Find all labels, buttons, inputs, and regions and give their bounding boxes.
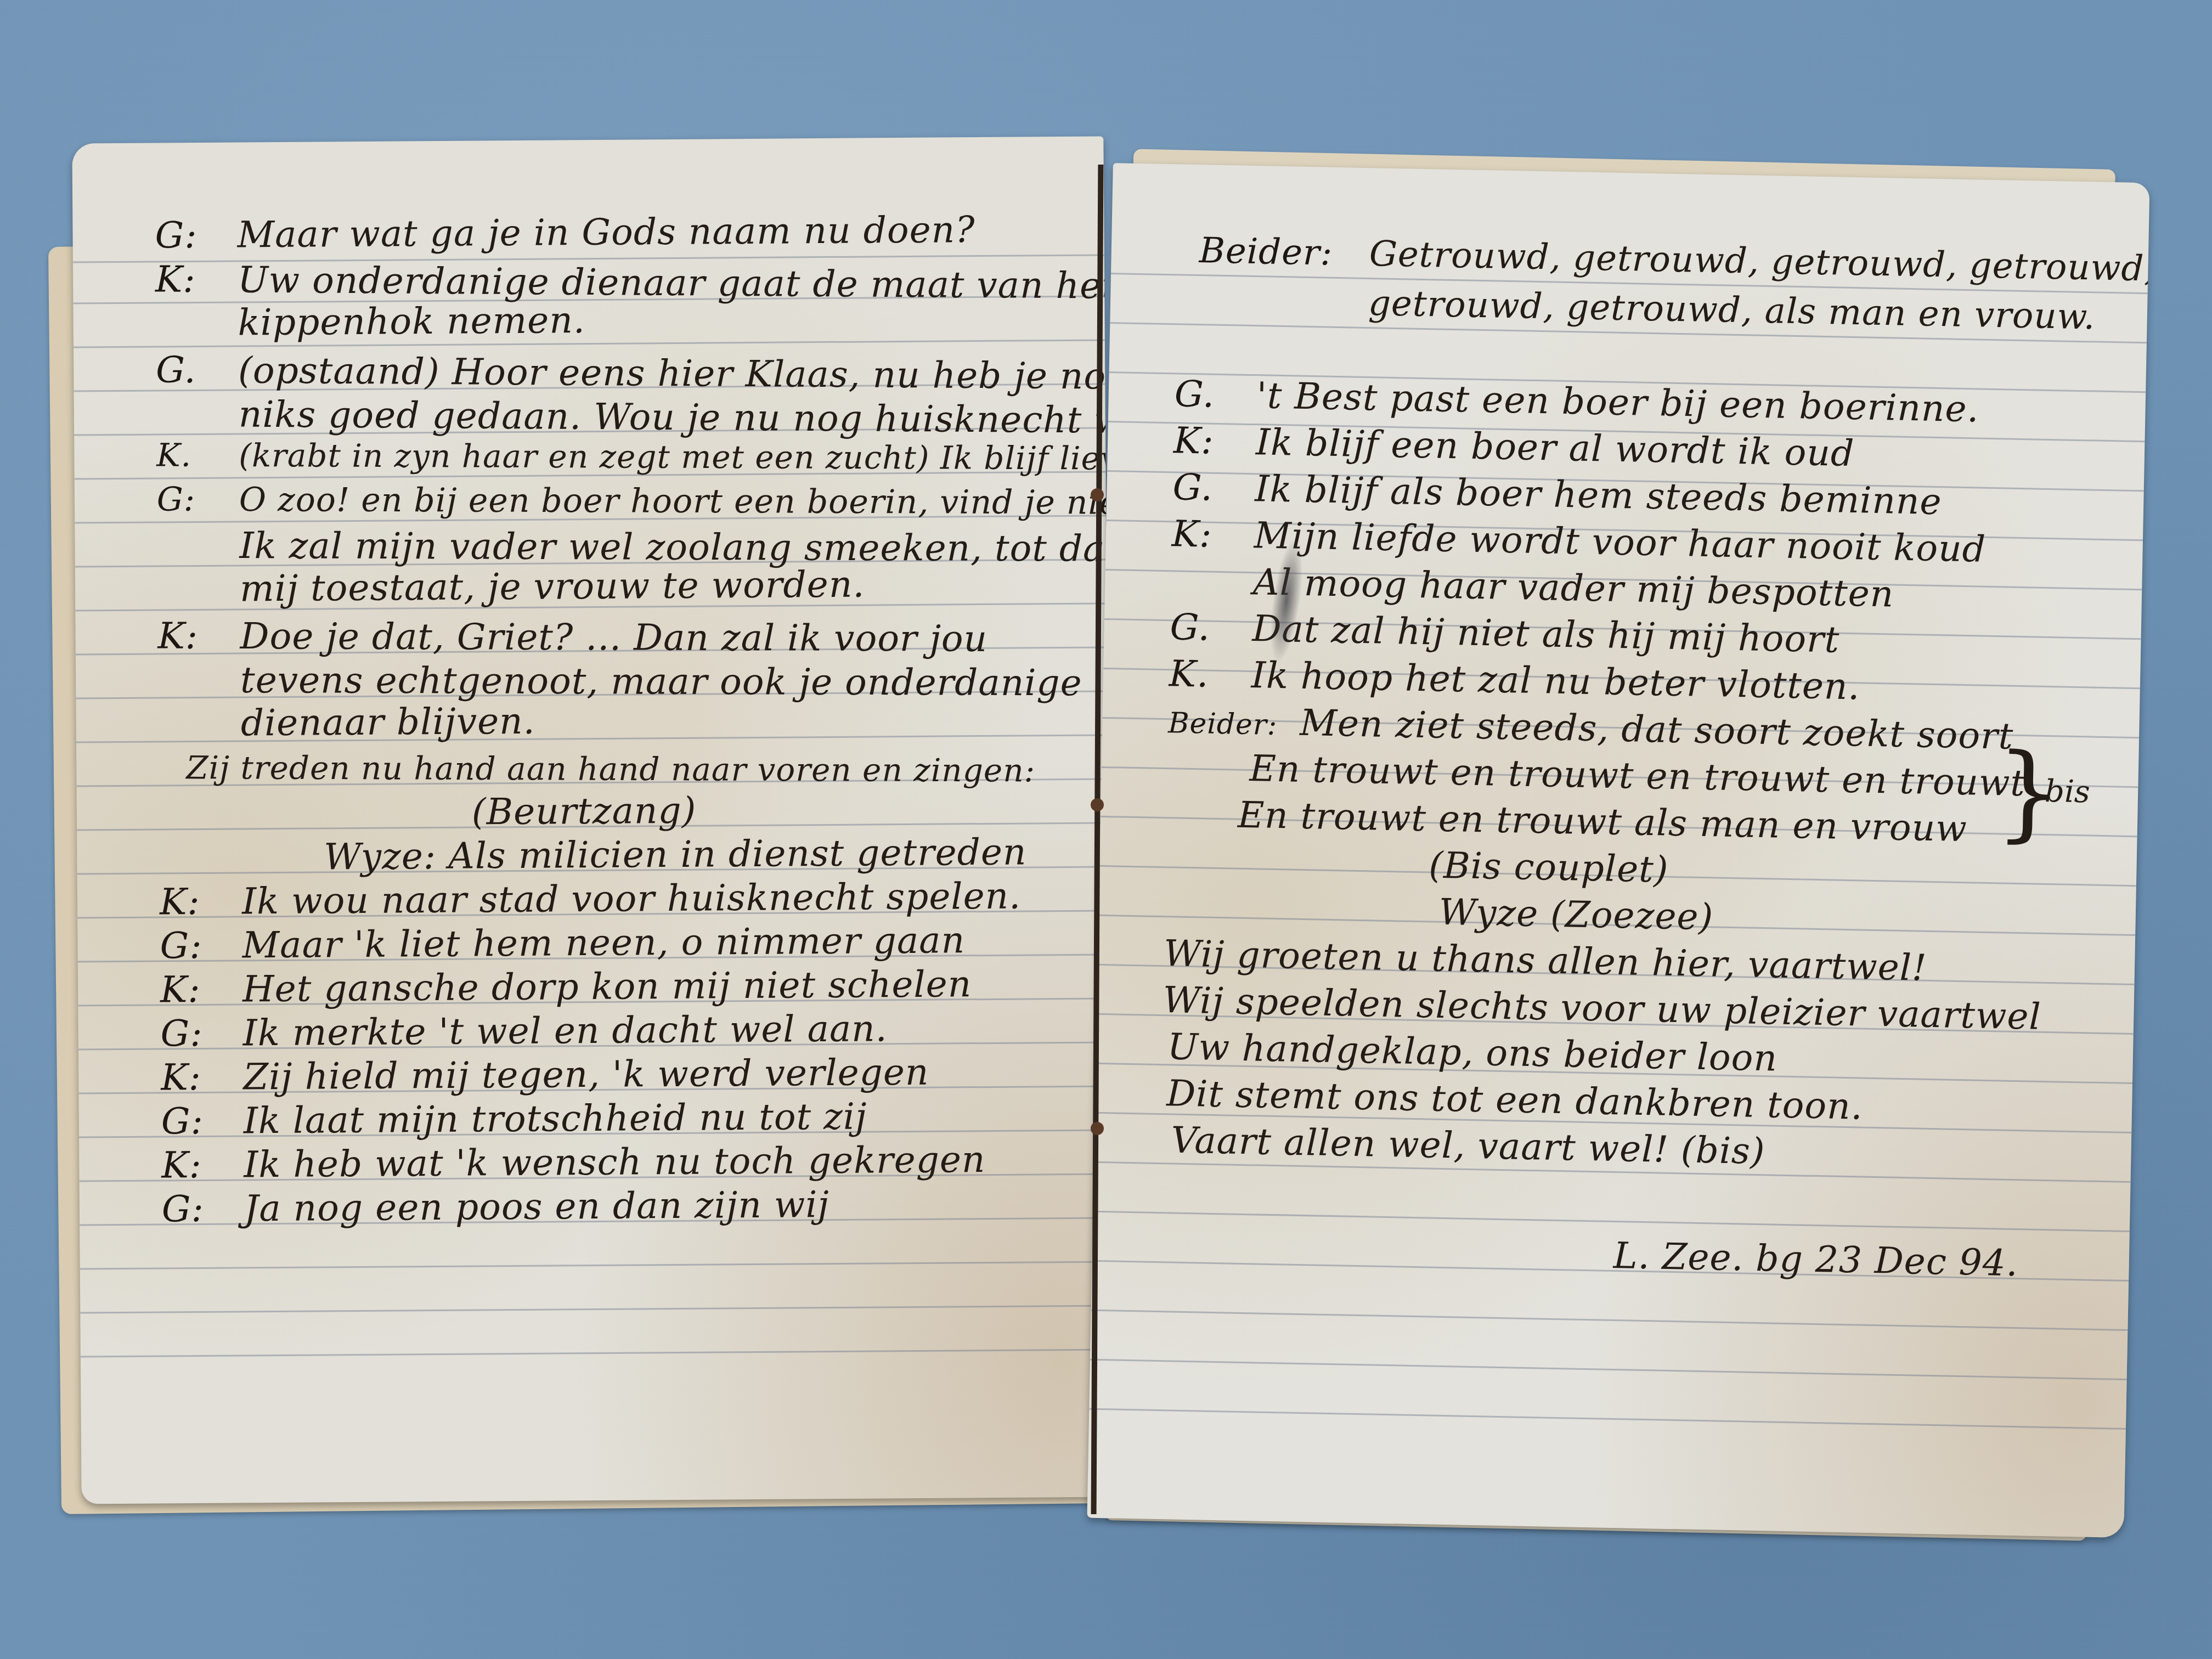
melody-note: Wyze: Als milicien in dienst getreden bbox=[324, 831, 1027, 878]
handwritten-line: K:Ik wou naar stad voor huisknecht spele… bbox=[160, 875, 1022, 923]
handwritten-line: kippenhok nemen. bbox=[155, 299, 585, 344]
handwritten-line: Ik zal mijn vader wel zoolang smeeken, t… bbox=[157, 524, 1113, 571]
speaker-label bbox=[158, 692, 240, 693]
speaker-label: Beider: bbox=[1168, 707, 1300, 742]
handwritten-line: K:Ik heb wat 'k wensch nu toch gekregen bbox=[161, 1138, 986, 1186]
handwritten-line: G:Ja nog een poos en dan zijn wij bbox=[162, 1183, 830, 1230]
handwritten-line: Beider:Getrouwd, getrouwd, getrouwd, get… bbox=[1199, 230, 2149, 289]
handwritten-line: En trouwt en trouwt als man en vrouw bbox=[1237, 794, 1967, 850]
binding-stitch bbox=[1091, 488, 1104, 501]
speaker-label: G: bbox=[162, 1187, 245, 1230]
speaker-label bbox=[157, 558, 239, 558]
handwritten-line: G:Maar 'k liet hem neen, o nimmer gaan bbox=[160, 919, 965, 967]
speaker-label: K: bbox=[1173, 419, 1256, 463]
signature-date: L. Zee. bg 23 Dec 94. bbox=[1613, 1234, 2018, 1284]
handwritten-line: mij toestaat, je vrouw te worden. bbox=[157, 563, 865, 611]
speaker-label: K: bbox=[158, 615, 240, 658]
handwritten-line: Dit stemt ons tot een dankbren toon. bbox=[1166, 1072, 1864, 1127]
speaker-label: K: bbox=[160, 880, 242, 923]
handwritten-line: Uw handgeklap, ons beider loon bbox=[1167, 1025, 1778, 1079]
notebook-spread: G:Maar wat ga je in Gods naam nu doen? K… bbox=[0, 0, 2212, 1659]
speaker-label: K. bbox=[156, 437, 239, 475]
handwritten-line: K:Zij hield mij tegen, 'k werd verlegen bbox=[161, 1051, 929, 1099]
speaker-label: G. bbox=[1170, 606, 1252, 650]
handwritten-line: dienaar blijven. bbox=[158, 700, 535, 745]
handwritten-line: G:Ik laat mijn trotschheid nu tot zij bbox=[161, 1096, 867, 1143]
section-heading: (Bis couplet) bbox=[1429, 844, 1669, 890]
section-heading: (Beurtzang) bbox=[472, 789, 697, 833]
speaker-label bbox=[159, 735, 241, 736]
handwritten-line: tevens echtgenoot, maar ook je onderdani… bbox=[158, 659, 1082, 704]
handwritten-line: G:Maar wat ga je in Gods naam nu doen? bbox=[155, 208, 975, 256]
speaker-label bbox=[156, 335, 238, 335]
left-page: G:Maar wat ga je in Gods naam nu doen? K… bbox=[72, 136, 1113, 1504]
handwritten-line: Al moog haar vader mij bespotten bbox=[1253, 561, 1894, 615]
speaker-label: K: bbox=[160, 968, 243, 1011]
speaker-label: Beider: bbox=[1199, 230, 1369, 274]
speaker-label: K: bbox=[161, 1056, 244, 1098]
handwritten-line: K:Uw onderdanige dienaar gaat de maat va… bbox=[155, 258, 1113, 307]
speaker-label: G: bbox=[160, 1012, 243, 1054]
melody-note: Wyze (Zoezee) bbox=[1438, 891, 1714, 939]
speaker-label: G: bbox=[161, 1099, 244, 1142]
binding-stitch bbox=[1091, 1122, 1104, 1135]
speaker-label: G. bbox=[1174, 373, 1257, 416]
speaker-label bbox=[157, 601, 240, 601]
speaker-label: G: bbox=[155, 213, 238, 256]
repeat-marker: bis bbox=[2045, 774, 2091, 810]
handwritten-line: K:Het gansche dorp kon mij niet schelen bbox=[160, 963, 972, 1011]
handwritten-line: G:O zoo! en bij een boer hoort een boeri… bbox=[157, 481, 1113, 522]
binding-stitch bbox=[1091, 798, 1104, 811]
stage-direction: Zij treden nu hand aan hand naar voren e… bbox=[186, 749, 1035, 789]
speaker-label: K: bbox=[155, 258, 238, 301]
right-page: Beider:Getrouwd, getrouwd, getrouwd, get… bbox=[1087, 163, 2149, 1538]
speaker-label: G. bbox=[156, 349, 239, 392]
speaker-label: K. bbox=[1169, 652, 1251, 696]
handwritten-line: G.(opstaand) Hoor eens hier Klaas, nu he… bbox=[156, 349, 1113, 398]
speaker-label: K: bbox=[161, 1143, 244, 1186]
speaker-label: G: bbox=[160, 924, 242, 967]
handwritten-line: G:Ik merkte 't wel en dacht wel aan. bbox=[160, 1007, 888, 1054]
handwritten-line: niks goed gedaan. Wou je nu nog huisknec… bbox=[156, 393, 1113, 443]
speaker-label: G. bbox=[1172, 466, 1255, 510]
speaker-label bbox=[156, 426, 239, 427]
handwritten-line: K:Doe je dat, Griet? ... Dan zal ik voor… bbox=[158, 615, 988, 660]
handwritten-line: K:Ik blijf een boer al wordt ik oud bbox=[1173, 419, 1854, 475]
handwritten-line: K.(krabt in zyn haar en zegt met een zuc… bbox=[156, 437, 1113, 478]
speaker-label: G: bbox=[157, 481, 239, 520]
speaker-label: K: bbox=[1171, 512, 1254, 556]
